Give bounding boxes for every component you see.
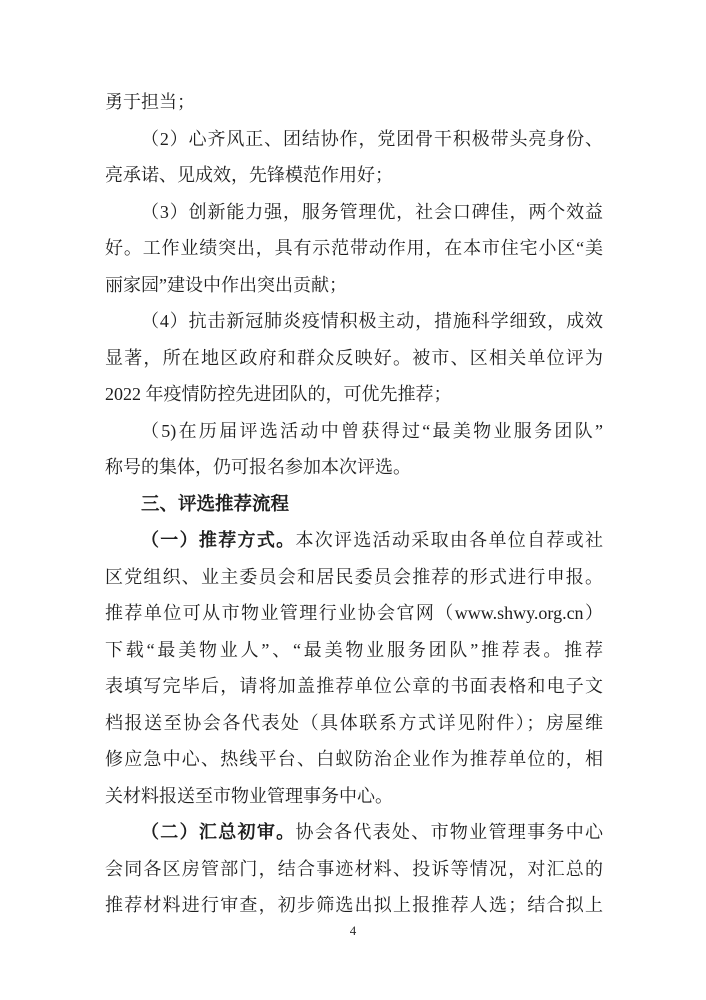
text-line: 会同各区房管部门，结合事迹材料、投诉等情况，对汇总的 <box>105 851 603 888</box>
text-line: 好。工作业绩突出，具有示范带动作用，在本市住宅小区“美 <box>105 230 603 267</box>
line-text: 关材料报送至市物业管理事务中心。 <box>105 786 393 806</box>
page-number: 4 <box>0 923 706 939</box>
text-line: （4）抗击新冠肺炎疫情积极主动，措施科学细致，成效 <box>105 303 603 340</box>
text-line: 丽家园”建设中作出突出贡献； <box>105 267 603 304</box>
line-text: 会同各区房管部门，结合事迹材料、投诉等情况，对汇总的 <box>105 859 603 879</box>
text-line: 修应急中心、热线平台、白蚁防治企业作为推荐单位的，相 <box>105 741 603 778</box>
line-text: （4）抗击新冠肺炎疫情积极主动，措施科学细致，成效 <box>141 311 603 331</box>
bold-lead: （二）汇总初审。 <box>141 822 295 842</box>
text-line: 区党组织、业主委员会和居民委员会推荐的形式进行申报。 <box>105 559 603 596</box>
line-text: 协会各代表处、市物业管理事务中心 <box>295 822 603 842</box>
line-text: 显著，所在地区政府和群众反映好。被市、区相关单位评为 <box>105 348 603 368</box>
text-line: 推荐材料进行审查，初步筛选出拟上报推荐人选；结合拟上 <box>105 887 603 924</box>
text-line: 称号的集体，仍可报名参加本次评选。 <box>105 449 603 486</box>
text-line: 表填写完毕后，请将加盖推荐单位公章的书面表格和电子文 <box>105 668 603 705</box>
line-text: 三、评选推荐流程 <box>141 493 289 514</box>
line-text: 推荐单位可从市物业管理行业协会官网（www.shwy.org.cn） <box>105 603 603 623</box>
text-line: 关材料报送至市物业管理事务中心。 <box>105 778 603 815</box>
line-text: 表填写完毕后，请将加盖推荐单位公章的书面表格和电子文 <box>105 676 603 696</box>
section-heading: 三、评选推荐流程 <box>105 486 603 523</box>
line-text: （3）创新能力强，服务管理优，社会口碑佳，两个效益 <box>141 202 603 222</box>
line-text: 修应急中心、热线平台、白蚁防治企业作为推荐单位的，相 <box>105 749 603 769</box>
line-text: 称号的集体，仍可报名参加本次评选。 <box>105 457 411 477</box>
text-line: （一）推荐方式。本次评选活动采取由各单位自荐或社 <box>105 522 603 559</box>
line-text: 好。工作业绩突出，具有示范带动作用，在本市住宅小区“美 <box>105 238 603 258</box>
bold-lead: （一）推荐方式。 <box>141 530 295 550</box>
line-text: 亮承诺、见成效，先锋模范作用好； <box>105 165 393 185</box>
line-text: 档报送至协会各代表处（具体联系方式详见附件）；房屋维 <box>105 713 603 733</box>
text-line: （3）创新能力强，服务管理优，社会口碑佳，两个效益 <box>105 194 603 231</box>
text-line: （5)在历届评选活动中曾获得过“最美物业服务团队” <box>105 413 603 450</box>
document-body: 勇于担当；（2）心齐风正、团结协作，党团骨干积极带头亮身份、亮承诺、见成效，先锋… <box>105 84 603 924</box>
line-text: 区党组织、业主委员会和居民委员会推荐的形式进行申报。 <box>105 567 603 587</box>
line-text: 本次评选活动采取由各单位自荐或社 <box>295 530 603 550</box>
text-line: 下载“最美物业人”、“最美物业服务团队”推荐表。推荐 <box>105 632 603 669</box>
line-text: 勇于担当； <box>105 92 195 112</box>
line-text: 推荐材料进行审查，初步筛选出拟上报推荐人选；结合拟上 <box>105 895 603 915</box>
text-line: 勇于担当； <box>105 84 603 121</box>
document-page: 勇于担当；（2）心齐风正、团结协作，党团骨干积极带头亮身份、亮承诺、见成效，先锋… <box>0 0 706 1000</box>
text-line: （2）心齐风正、团结协作，党团骨干积极带头亮身份、 <box>105 121 603 158</box>
text-line: 推荐单位可从市物业管理行业协会官网（www.shwy.org.cn） <box>105 595 603 632</box>
text-line: 显著，所在地区政府和群众反映好。被市、区相关单位评为 <box>105 340 603 377</box>
line-text: 丽家园”建设中作出突出贡献； <box>105 275 347 295</box>
line-text: 2022 年疫情防控先进团队的，可优先推荐； <box>105 384 452 404</box>
text-line: 2022 年疫情防控先进团队的，可优先推荐； <box>105 376 603 413</box>
text-line: 档报送至协会各代表处（具体联系方式详见附件）；房屋维 <box>105 705 603 742</box>
line-text: 下载“最美物业人”、“最美物业服务团队”推荐表。推荐 <box>105 640 603 660</box>
line-text: （2）心齐风正、团结协作，党团骨干积极带头亮身份、 <box>141 129 603 149</box>
text-line: （二）汇总初审。协会各代表处、市物业管理事务中心 <box>105 814 603 851</box>
text-line: 亮承诺、见成效，先锋模范作用好； <box>105 157 603 194</box>
line-text: （5)在历届评选活动中曾获得过“最美物业服务团队” <box>141 421 603 441</box>
